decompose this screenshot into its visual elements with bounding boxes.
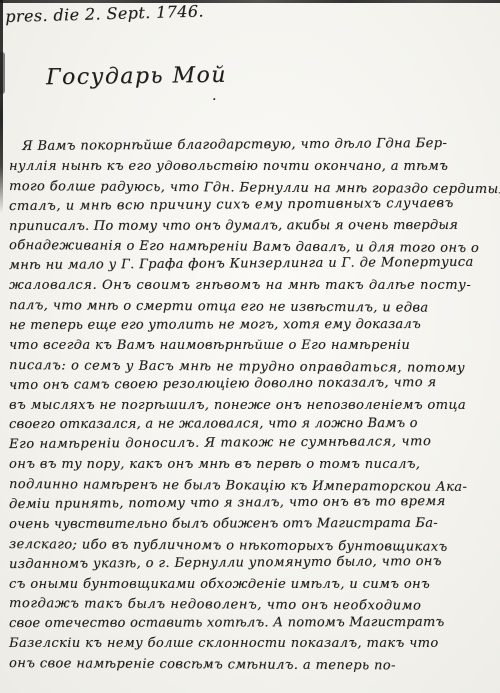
scan-edge-smudge bbox=[0, 52, 5, 94]
letter-line: онъ въ ту пору, какъ онъ мнѣ въ первѣ о … bbox=[9, 455, 498, 475]
letter-body: Я Вамъ покорнѣйше благодарствую, что дѣл… bbox=[9, 137, 498, 674]
letter-line: Базелскіи къ нему болше склонности показ… bbox=[9, 634, 498, 654]
letter-line: нуллія нынѣ къ его удовольствію почти ок… bbox=[9, 157, 498, 177]
letter-line: изданномъ указѣ, о г. Бернулли упомянуто… bbox=[9, 551, 498, 574]
letter-line: не теперь еще его утолить не могъ, хотя … bbox=[9, 315, 498, 336]
letter-line: очень чувствительно былъ обиженъ отъ Маг… bbox=[9, 514, 498, 535]
letter-line: приписалъ. По тому что онъ думалъ, акибы… bbox=[9, 215, 498, 236]
letter-line: съ оными бунтовщиками обхожденіе имѣлъ, … bbox=[9, 575, 498, 595]
letter-line: въ мысляхъ не погрѣшилъ, понеже онъ непо… bbox=[9, 396, 498, 416]
scan-edge-left bbox=[0, 0, 3, 213]
letter-line: сталъ, и мнѣ всю причину сихъ ему против… bbox=[9, 193, 498, 216]
letter-line: Его намѣреніи доносилъ. Я також не сумнѣ… bbox=[9, 432, 498, 455]
letter-line: что онъ самъ своею резолюціею доволно по… bbox=[9, 372, 498, 395]
salutation: Государь Мой bbox=[46, 63, 227, 91]
letter-line: деміи принять, потому что я зналъ, что о… bbox=[9, 492, 498, 515]
salutation-punctuation: . bbox=[212, 88, 217, 104]
letter-line: жаловался. Онъ своимъ гнѣвомъ на мнѣ так… bbox=[9, 276, 498, 296]
manuscript-page: pres. die 2. Sept. 1746. Государь Мой . … bbox=[0, 0, 500, 693]
scan-edge-top bbox=[0, 0, 500, 3]
letter-line: свое отечество оставить хотѣлъ. А потомъ… bbox=[9, 613, 498, 634]
letter-line: мнѣ ни мало у Г. Графа фонъ Кинзерлинга … bbox=[9, 253, 498, 276]
letter-line: онъ свое намѣреніе совсѣмъ смѣнилъ. а те… bbox=[9, 654, 498, 677]
letter-line: что всегда къ Вамъ наимовѣрнѣйше о Его н… bbox=[9, 336, 498, 356]
letter-line: Я Вамъ покорнѣйше благодарствую, что дѣл… bbox=[9, 134, 498, 157]
docket-presentation-date: pres. die 2. Sept. 1746. bbox=[5, 1, 204, 26]
